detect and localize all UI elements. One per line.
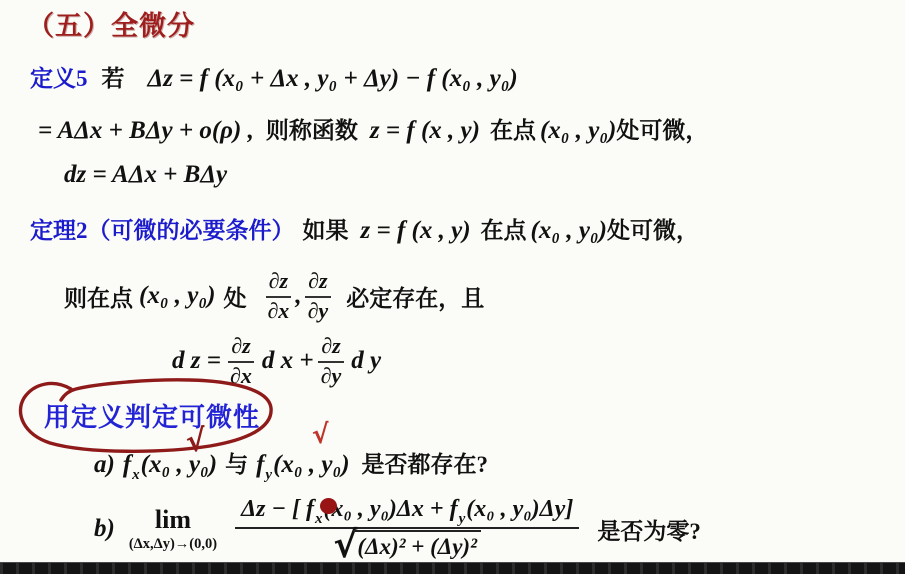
fraction-denominator: √ (Δx)² + (Δy)² (333, 529, 481, 562)
lim-subscript: (Δx,Δy)→(0,0) (129, 537, 217, 552)
definition5-line3: dz = AΔx + BΔy (64, 161, 227, 189)
partial-z-y-fraction: ∂z ∂y (305, 269, 332, 322)
dz-equation: dz = AΔx + BΔy (64, 161, 227, 189)
page-title: （五）全微分 (27, 4, 195, 43)
fraction-numerator: Δz − [ fx(x₀ , y₀)Δx + fy(x₀ , y₀)Δy] (235, 496, 579, 530)
fraction-denominator: ∂y (318, 363, 345, 388)
limit-fraction: Δz − [ fx(x₀ , y₀)Δx + fy(x₀ , y₀)Δy] √ … (235, 496, 579, 563)
red-checkmark-icon: √ (311, 419, 330, 450)
fraction-numerator: ∂z (266, 269, 291, 297)
fraction-numerator: ∂z (228, 334, 253, 362)
partial-z-x-fraction: ∂z ∂x (264, 269, 292, 322)
item-a-label: a) (94, 451, 115, 479)
word-differentiable2: 处可微， (607, 212, 699, 245)
increment-equation: Δz = f (x₀ + Δx , y₀ + Δy) − f (x₀ , y₀) (148, 65, 518, 93)
f-symbol: f (123, 451, 131, 479)
theorem2-line2: 则在点 (x₀ , y₀) 处 ∂z ∂x , ∂z ∂y 必定存在，且 (64, 262, 484, 330)
total-differential-equation: d z = ∂z ∂x d x + ∂z ∂y d y (172, 330, 381, 392)
subscript-y: y (265, 467, 272, 484)
theorem2-line1: 定理2（可微的必要条件） 如果 z = f (x , y) 在点 (x₀ , y… (30, 212, 699, 245)
args-2: (x₀ , y₀) (273, 451, 349, 479)
function-z2: z = f (x , y) (361, 217, 471, 245)
radicand: (Δx)² + (Δy)² (353, 530, 481, 560)
word-differentiable: 处可微， (616, 112, 708, 145)
word-if: 若 (102, 60, 125, 93)
linear-part-equation: = AΔx + BΔy + o(ρ) , (38, 117, 254, 145)
word-place: 处 (223, 280, 246, 313)
word-and: 与 (225, 446, 248, 479)
numerator-seg2: (x₀ , y₀)Δx + f (324, 496, 458, 522)
item-a-question: 是否都存在? (362, 446, 489, 479)
lim-word: lim (155, 507, 191, 533)
word-if2: 如果 (303, 212, 349, 245)
word-at-point2: 在点 (481, 212, 527, 245)
partial-z-x-fraction2: ∂z ∂x (227, 334, 255, 387)
numerator-seg3: (x₀ , y₀)Δy] (466, 496, 573, 524)
subscript-x: x (315, 511, 323, 528)
fraction-numerator: ∂z (318, 334, 343, 362)
item-b-label: b) (94, 515, 115, 543)
subscript-y: y (459, 511, 466, 528)
red-checkmark-icon: √ (184, 423, 208, 460)
item-b-line: b) lim (Δx,Δy)→(0,0) Δz − [ fx(x₀ , y₀)Δ… (94, 492, 701, 566)
definition5-line1: 定义5 若 Δz = f (x₀ + Δx , y₀ + Δy) − f (x₀… (30, 60, 518, 93)
dx-plus: d x + (262, 347, 314, 375)
word-must-exist: 必定存在，且 (346, 280, 484, 313)
item-a-line: a) fx(x₀ , y₀) 与 fy(x₀ , y₀) 是否都存在? (94, 446, 488, 479)
theorem2-label: 定理2（可微的必要条件） (30, 212, 295, 245)
word-then-called: 则称函数 (266, 112, 358, 145)
circled-note-text: 用定义判定可微性 (44, 397, 260, 434)
lecture-slide: （五）全微分 定义5 若 Δz = f (x₀ + Δx , y₀ + Δy) … (0, 0, 905, 574)
comma-separator: , (295, 282, 301, 310)
f-symbol: f (256, 451, 264, 479)
point-x0y0-2: (x₀ , y₀) (531, 217, 607, 245)
item-b-question: 是否为零? (597, 513, 701, 546)
definition5-label: 定义5 (30, 60, 88, 93)
dz-lhs: d z = (172, 347, 221, 375)
fraction-numerator: ∂z (305, 269, 330, 297)
point-x0y0: (x₀ , y₀) (540, 117, 616, 145)
fraction-denominator: ∂y (305, 298, 332, 323)
fraction-denominator: ∂x (264, 298, 292, 323)
word-then-at: 则在点 (64, 280, 133, 313)
red-dot-annotation (320, 498, 337, 514)
word-at-point: 在点 (490, 112, 536, 145)
fraction-denominator: ∂x (227, 363, 255, 388)
numerator-seg2-wrap: (x₀ , y₀)Δx + f (324, 496, 458, 524)
partial-z-y-fraction2: ∂z ∂y (318, 334, 345, 387)
subscript-x: x (132, 467, 140, 484)
point-x0y0-3: (x₀ , y₀) (139, 282, 215, 310)
definition5-line2: = AΔx + BΔy + o(ρ) , 则称函数 z = f (x , y) … (38, 112, 708, 145)
dy-term: d y (351, 347, 381, 375)
limit-operator: lim (Δx,Δy)→(0,0) (129, 507, 217, 552)
function-z: z = f (x , y) (370, 117, 480, 145)
numerator-seg1: Δz − [ f (241, 496, 314, 524)
bottom-bar[interactable] (0, 562, 905, 574)
